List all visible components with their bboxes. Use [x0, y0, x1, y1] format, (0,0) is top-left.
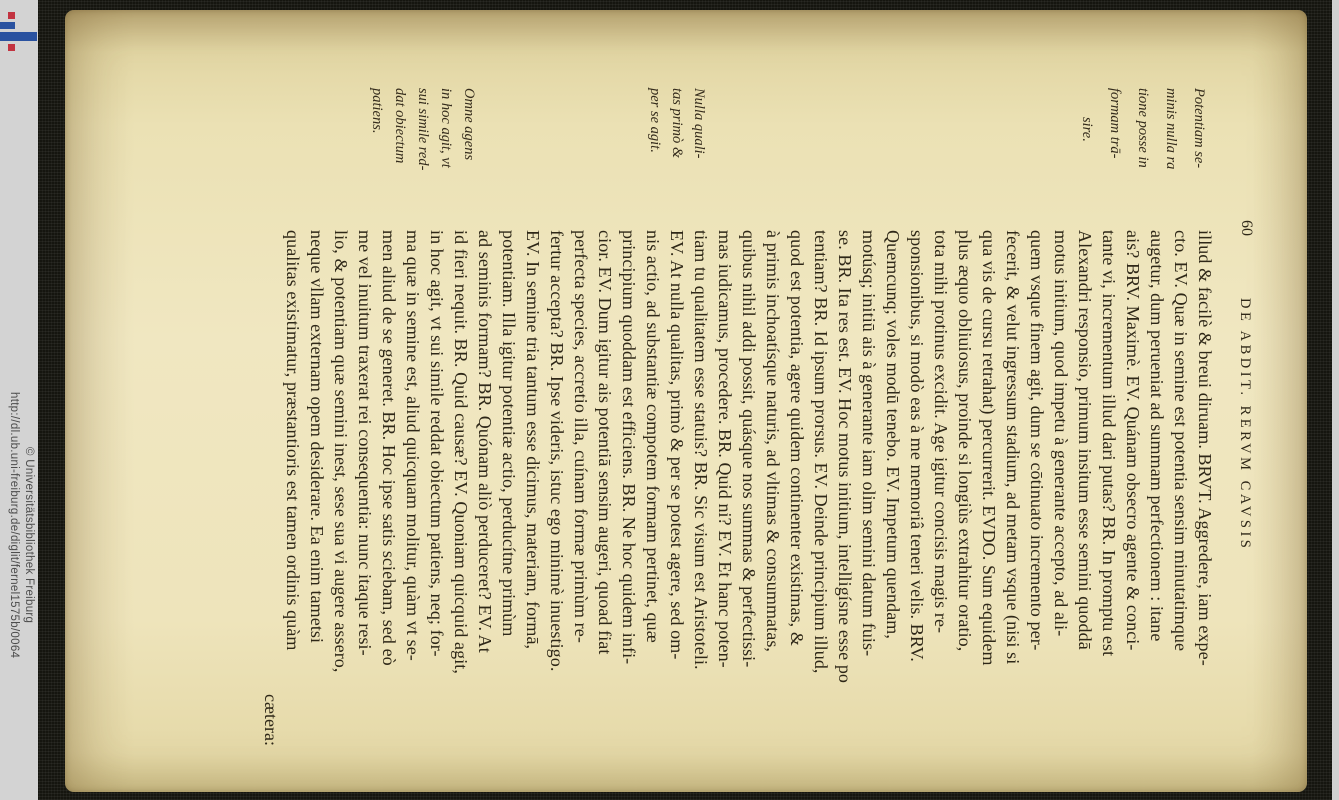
body-text-line: perfecta species, accretio illa, cuínam … — [569, 230, 593, 750]
margin-note-line: Potentiam se- — [1185, 88, 1213, 228]
body-text-line: motúsq; initiū ais à generante iam olim … — [857, 230, 881, 750]
body-text-line: in hoc agit, vt sui simile reddat obiect… — [425, 230, 449, 750]
body-text-line: tentiam? BR. Id ipsum prorsus. EV. Deind… — [809, 230, 833, 750]
book-page: 60 DE ABDIT. RERVM CAVSIS Potentiam se-m… — [65, 10, 1307, 792]
body-text: illud & facilè & breui diruam. BRVT. Agg… — [281, 230, 1217, 750]
body-text-line: qua vis de cursu retrahat) percurrerit. … — [977, 230, 1001, 750]
margin-note-line: in hoc agit, vt — [434, 88, 457, 228]
body-text-line: illud & facilè & breui diruam. BRVT. Agg… — [1193, 230, 1217, 750]
body-text-line: tante vi, incrementum illud dari putas? … — [1097, 230, 1121, 750]
body-text-line: se. BR. Ita res est. EV. Hoc motus initi… — [833, 230, 857, 750]
registration-mark-red-square — [8, 12, 15, 19]
body-text-line: augetur, dum perueniat ad summam perfect… — [1145, 230, 1169, 750]
source-url-label: http://dl.ub.uni-freiburg.de/diglit/fern… — [8, 392, 20, 658]
body-text-line: Alexandri responsio, primum insitum esse… — [1073, 230, 1097, 750]
registration-mark-blue-bar-short — [0, 22, 15, 29]
margin-note: Potentiam se-minis nulla ratione posse i… — [1073, 88, 1213, 228]
margin-note-line: minis nulla ra — [1157, 88, 1185, 228]
margin-note-line: dat obiectum — [388, 88, 411, 228]
body-text-line: EV. At nulla qualitas, primò & per se po… — [665, 230, 689, 750]
body-text-line: ma quæ in semine est, aliud quicquam mol… — [401, 230, 425, 750]
margin-note-line: formam trā- — [1101, 88, 1129, 228]
body-text-line: EV. In semine tria tantum esse dicimus, … — [521, 230, 545, 750]
margin-note-line: Nulla quali- — [688, 88, 710, 228]
running-title: DE ABDIT. RERVM CAVSIS — [1236, 298, 1253, 551]
body-text-line: potentiam. Illa igitur potentiæ actio, p… — [497, 230, 521, 750]
body-text-line: men aliud de se generet. BR. Hoc ipse sa… — [377, 230, 401, 750]
body-text-line: neque vllam externam opem desiderare. Ea… — [305, 230, 329, 750]
catchword: cætera: — [260, 230, 281, 746]
margin-note-line: sui simile red- — [411, 88, 434, 228]
margin-note-line: tas primò & — [666, 88, 688, 228]
margin-note-line: sire. — [1073, 88, 1101, 228]
body-text-line: tota mihi protinus excidit. Age igitur c… — [929, 230, 953, 750]
body-text-line: mas iudicamus, procedere. BR. Quid ni? E… — [713, 230, 737, 750]
body-text-line: fecerit, & velut ingressum stadium, ad m… — [1001, 230, 1025, 750]
margin-note: Omne agensin hoc agit, vtsui simile red-… — [365, 88, 480, 228]
right-edge-strip — [1332, 0, 1339, 800]
body-text-line: id fieri nequit. BR. Quid causæ? EV. Quo… — [449, 230, 473, 750]
body-text-line: ais? BRV. Maximè. EV. Quánam obsecro age… — [1121, 230, 1145, 750]
scan-viewport: http://dl.ub.uni-freiburg.de/diglit/fern… — [0, 0, 1339, 800]
body-text-line: me vel inuitum traxerat rei consequentia… — [353, 230, 377, 750]
margin-note-line: Omne agens — [457, 88, 480, 228]
body-text-line: ad seminis formam? BR. Quónam aliò perdu… — [473, 230, 497, 750]
body-text-line: plus æquo obliuiosus, proinde si longiùs… — [953, 230, 977, 750]
registration-mark-blue-bar-long — [0, 32, 37, 41]
body-text-line: lio, & potentiam quæ semini inest, sese … — [329, 230, 353, 750]
body-text-line: quod est potentia, agere quidem continen… — [785, 230, 809, 750]
registration-mark-red-square — [8, 44, 15, 51]
margin-note: Nulla quali-tas primò &per se agit. — [644, 88, 710, 228]
registration-mark-icon — [0, 0, 38, 60]
body-text-line: cto. EV. Quæ in semine est potentia sens… — [1169, 230, 1193, 750]
body-text-line: sponsionibus, si modò eas à me memoriâ t… — [905, 230, 929, 750]
body-text-line: qualitas existimatur, præstantioris est … — [281, 230, 305, 750]
body-text-line: à primis inchoatísque naturis, ad vltima… — [761, 230, 785, 750]
body-text-line: quem vsque finem agit, dum se cōtinuato … — [1025, 230, 1049, 750]
body-text-line: cior. EV. Dum igitur ais potentiā sensim… — [593, 230, 617, 750]
margin-note-line: patiens. — [365, 88, 388, 228]
body-text-line: motus initium, quod impetu à generante a… — [1049, 230, 1073, 750]
margin-note-line: per se agit. — [644, 88, 666, 228]
body-text-line: principium quoddam est efficiens. BR. Ne… — [617, 230, 641, 750]
body-text-line: quibus nihil addi possit, quásque nos su… — [737, 230, 761, 750]
metadata-strip: http://dl.ub.uni-freiburg.de/diglit/fern… — [0, 0, 38, 800]
margin-note-line: tione posse in — [1129, 88, 1157, 228]
body-text-line: fertur accepta? BR. Ipse videris, istuc … — [545, 230, 569, 750]
page-number: 60 — [1237, 220, 1255, 236]
body-text-line: tiam tu qualitatem esse statuis? BR. Sic… — [689, 230, 713, 750]
copyright-label: © Universitätsbibliothek Freiburg — [23, 447, 35, 623]
body-text-line: nis actio, ad substantiæ compotem formam… — [641, 230, 665, 750]
body-text-line: Quemcunq; voles modū tenebo. EV. Impetum… — [881, 230, 905, 750]
